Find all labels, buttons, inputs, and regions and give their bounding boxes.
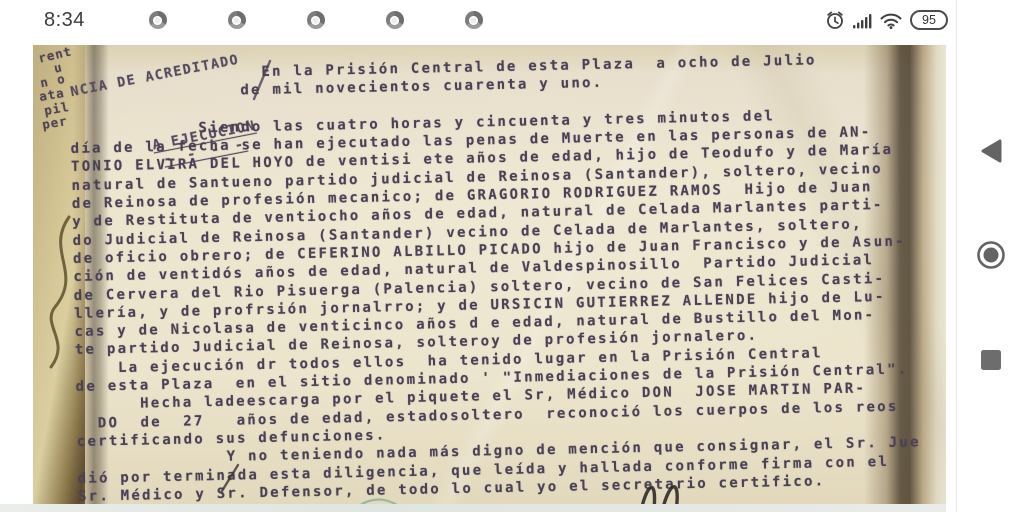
battery-percent: 95 <box>922 13 936 27</box>
status-right-icons: 95 <box>825 10 956 30</box>
home-button[interactable] <box>976 240 1006 270</box>
photo-bottom-edge <box>0 504 946 512</box>
notification-icons <box>149 11 483 29</box>
chrome-notification-icon <box>149 11 167 29</box>
margin-fragment: per <box>41 113 69 132</box>
handwritten-flourish <box>39 213 75 373</box>
back-button[interactable] <box>979 138 1003 164</box>
chrome-notification-icon <box>228 11 246 29</box>
typewritten-text: En la Prisión Central de esta Plaza a oc… <box>69 50 909 506</box>
status-bar[interactable]: 8:34 <box>0 0 956 40</box>
signal-icon <box>853 12 872 29</box>
recents-button[interactable] <box>981 350 1001 370</box>
chrome-notification-icon <box>465 11 483 29</box>
clock: 8:34 <box>44 9 85 32</box>
phone-screen: 8:34 <box>0 0 1024 512</box>
document-photo[interactable]: rentun oatapilper NCIA DE ACREDITADO A E… <box>33 45 946 512</box>
battery-indicator: 95 <box>910 10 948 30</box>
alarm-icon <box>825 10 845 30</box>
chrome-notification-icon <box>307 11 325 29</box>
wifi-icon <box>880 12 902 29</box>
navigation-bar <box>956 0 1024 512</box>
pen-stroke-defensor <box>219 463 241 493</box>
chrome-notification-icon <box>386 11 404 29</box>
